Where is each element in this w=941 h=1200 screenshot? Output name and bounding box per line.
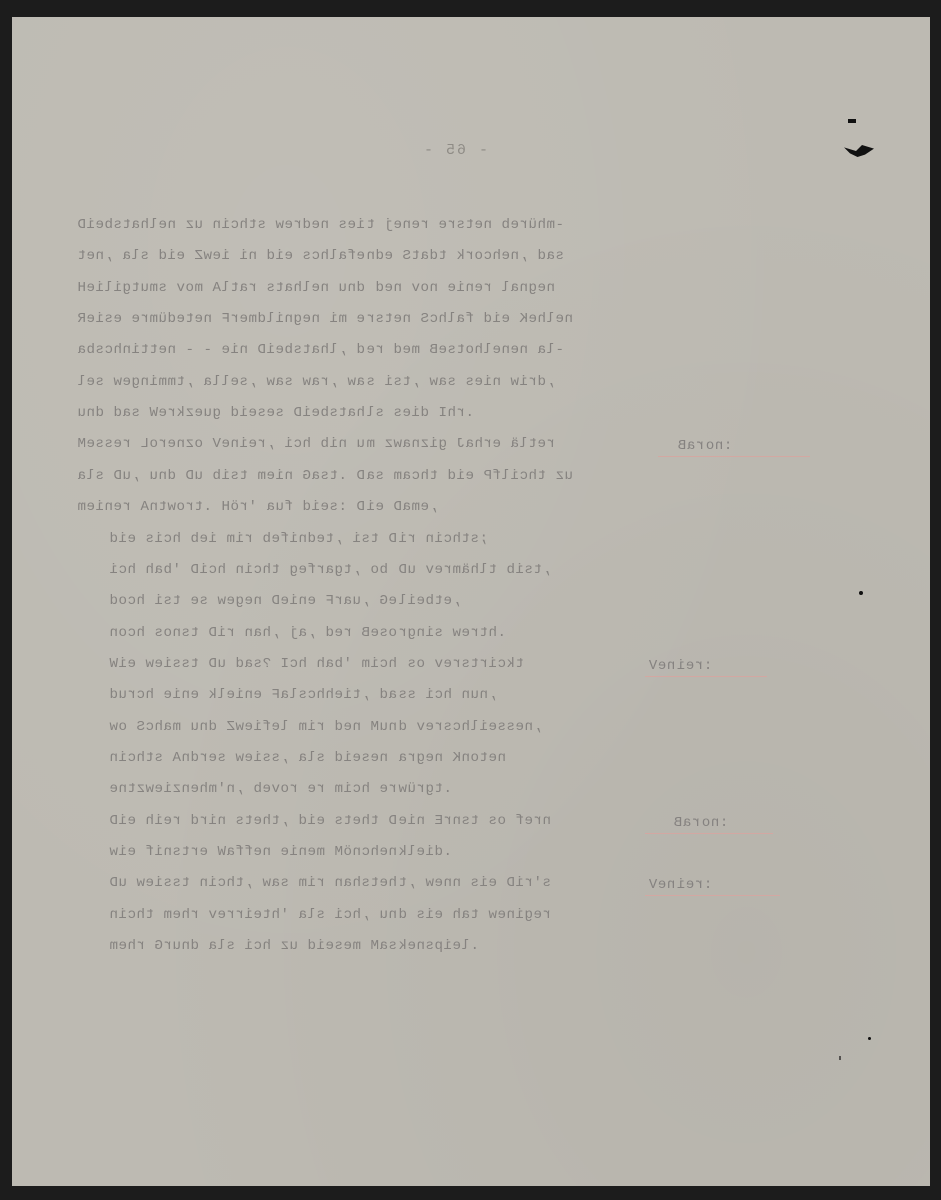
text-line: noch sonst Dir nah, ja, der Besorgnis we… bbox=[109, 625, 506, 641]
speaker-underline bbox=[645, 895, 780, 896]
text-line: entzweiznehm'n, bevor er mich erwürgt. bbox=[109, 781, 452, 797]
text-line: nichts Andres weiss, als diesen argen Kn… bbox=[109, 750, 506, 766]
speaker-label: Venier: bbox=[648, 877, 712, 893]
text-line: les wegnimmt, alles, was war, was ist, w… bbox=[77, 374, 555, 390]
text-line: wo Scham und Zweifel mir den Mund versch… bbox=[109, 719, 542, 735]
speaker-label: Venier: bbox=[648, 658, 712, 674]
text-line: Die hier drin steht, die steht Dein Erns… bbox=[109, 813, 551, 829]
text-line: Reise ermüdeten Fremdlingen im ersten Sc… bbox=[77, 311, 573, 327]
page-number-text: - 65 - bbox=[422, 142, 488, 159]
text-line: Heiligtums vom Altar stahlen und den von… bbox=[77, 280, 555, 296]
speaker-label: Baron: bbox=[677, 438, 732, 454]
text-line: Messer Lorenzo Venier, ich bin um zwanzi… bbox=[77, 436, 555, 452]
text-line: doch ist es wegen Deine Frau, Geliebte, bbox=[109, 593, 461, 609]
page-number: - 65 - bbox=[400, 142, 510, 159]
text-line: ten, als die Zwei in die schlafende Stad… bbox=[77, 248, 564, 264]
speaker-underline bbox=[645, 833, 773, 834]
text-line: mehr Grund als ich zu diesem Maskenspiel… bbox=[109, 938, 479, 954]
speaker-underline bbox=[645, 676, 767, 677]
speaker-label: Baron: bbox=[673, 815, 728, 831]
text-line: und das Werkzeug dieses Diebstahls seid … bbox=[77, 405, 474, 421]
text-line: ich hab' Dich nicht gefragt, ob Du vermä… bbox=[109, 562, 551, 578]
ink-mark-top-right bbox=[848, 119, 856, 123]
text-line: die sich bei mir befindet, ist Dir nicht… bbox=[109, 531, 488, 547]
text-line: Diebstahlen zu nichts werden seit jener … bbox=[77, 217, 564, 233]
text-line: wie finstre Waffen einem Mönchenkleid. bbox=[109, 844, 452, 860]
text-line: Du weisst nicht, was mir nahsteht, wenn … bbox=[109, 875, 551, 891]
ink-speck bbox=[839, 1056, 841, 1060]
ink-mark-top-right-2 bbox=[844, 145, 874, 157]
ink-speck bbox=[868, 1037, 871, 1040]
speaker-underline bbox=[658, 456, 810, 457]
text-line: Wie weisst Du das? Ich hab' mich so vers… bbox=[109, 656, 524, 672]
text-line: meiner Antwort. Hör' auf dies: Die Dame, bbox=[77, 499, 438, 515]
text-line: als Du, und Du bist mein Gast. Das macht… bbox=[77, 468, 573, 484]
text-line: durch eine kleine Falschheit, dass ich n… bbox=[109, 687, 497, 703]
ink-speck bbox=[859, 591, 863, 595]
text-line: abschnitten - - ein Diebstahl, der dem B… bbox=[77, 342, 564, 358]
document-page: - 65 - Diebstahlen zu nichts werden seit… bbox=[12, 17, 930, 1186]
text-line: nicht mehr verrieth' als ich, und sie ha… bbox=[109, 907, 551, 923]
